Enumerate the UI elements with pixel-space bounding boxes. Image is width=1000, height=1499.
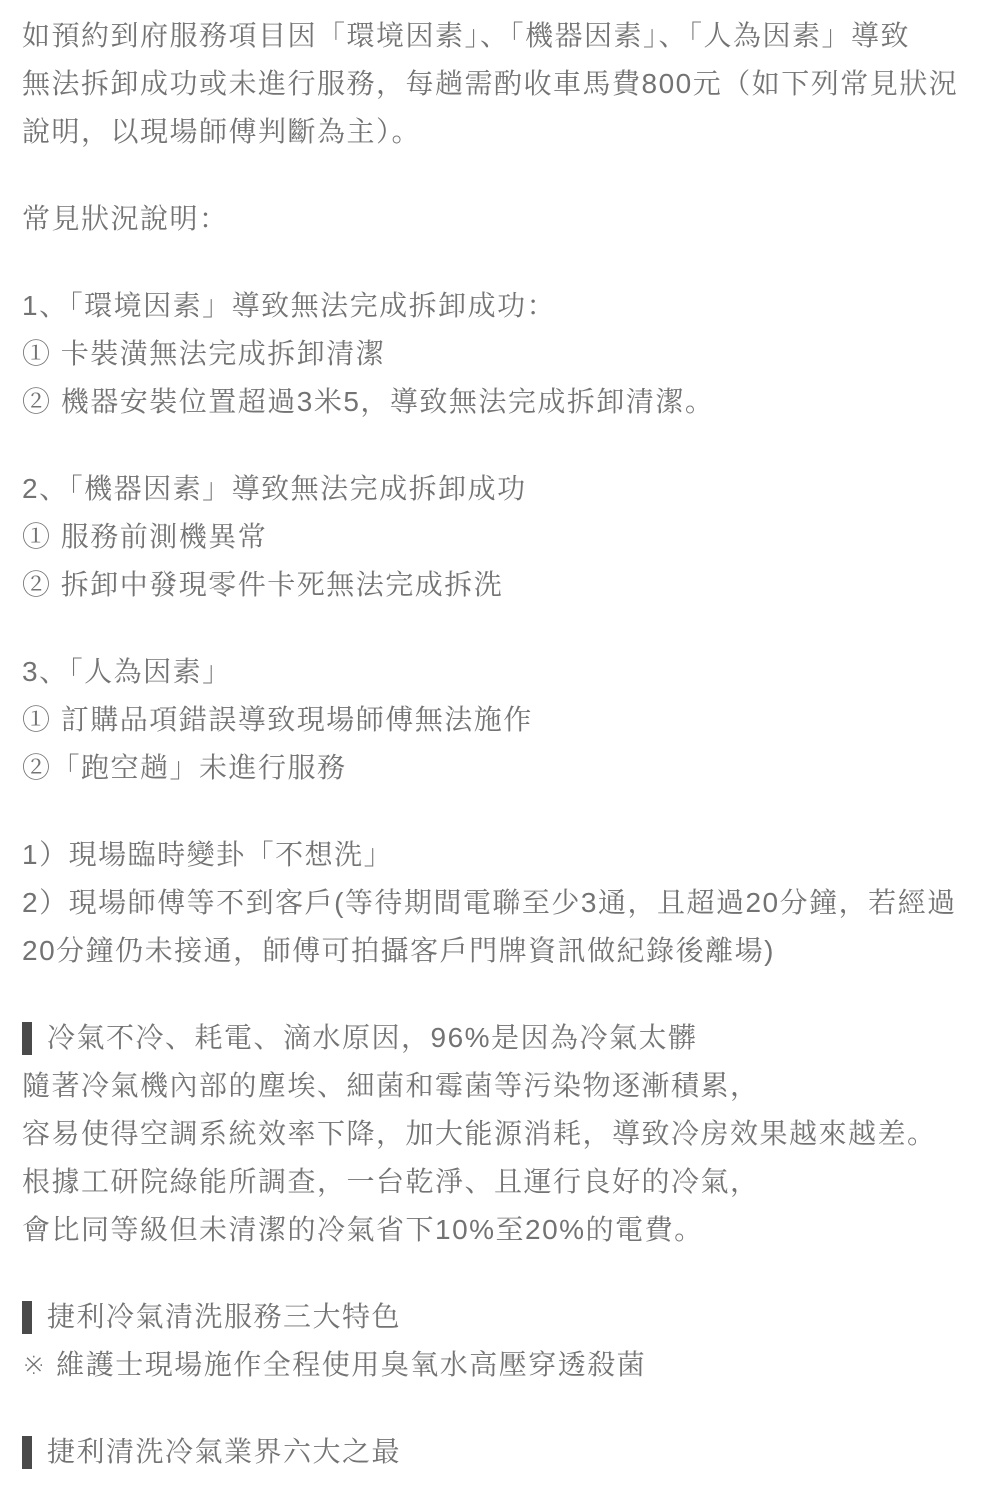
text-line: 容易使得空調系統效率下降，加大能源消耗，導致冷房效果越來越差。 [22,1110,978,1158]
text-line: 如預約到府服務項目因「環境因素」、「機器因素」、「人為因素」導致 [22,12,978,60]
situation-item: ② 機器安裝位置超過3米5，導致無法完成拆卸清潔。 [22,378,978,426]
situation-item: ② 拆卸中發現零件卡死無法完成拆洗 [22,561,978,609]
situation-human: 3、「人為因素」 ① 訂購品項錯誤導致現場師傅無法施作 ②「跑空趟」未進行服務 [22,648,978,792]
common-situations-label: 常見狀況說明： [22,195,978,243]
text-line: 隨著冷氣機內部的塵埃、細菌和霉菌等污染物逐漸積累， [22,1062,978,1110]
human-factor-notes: 1）現場臨時變卦「不想洗」 2）現場師傅等不到客戶(等待期間電聯至少3通，且超過… [22,831,978,975]
intro-paragraph: 如預約到府服務項目因「環境因素」、「機器因素」、「人為因素」導致 無法拆卸成功或… [22,12,978,156]
note-line: 1）現場臨時變卦「不想洗」 [22,831,978,879]
text-line: ※ 維護士現場施作全程使用臭氧水高壓穿透殺菌 [22,1341,978,1389]
situation-environment: 1、「環境因素」導致無法完成拆卸成功： ① 卡裝潢無法完成拆卸清潔 ② 機器安裝… [22,282,978,426]
situation-machine: 2、「機器因素」導致無法完成拆卸成功 ① 服務前測機異常 ② 拆卸中發現零件卡死… [22,465,978,609]
section-heading-row: 捷利清洗冷氣業界六大之最 [22,1428,978,1476]
section-heading: 捷利冷氣清洗服務三大特色 [47,1293,401,1341]
situation-title: 1、「環境因素」導致無法完成拆卸成功： [22,282,978,330]
service-features-section: 捷利冷氣清洗服務三大特色 ※ 維護士現場施作全程使用臭氧水高壓穿透殺菌 [22,1293,978,1389]
situation-item: ① 卡裝潢無法完成拆卸清潔 [22,330,978,378]
section-heading: 冷氣不冷、耗電、滴水原因，96%是因為冷氣太髒 [47,1014,698,1062]
situation-title: 3、「人為因素」 [22,648,978,696]
text-line: 說明，以現場師傅判斷為主）。 [22,108,978,156]
section-heading-row: 冷氣不冷、耗電、滴水原因，96%是因為冷氣太髒 [22,1014,978,1062]
text-line: 常見狀況說明： [22,195,978,243]
six-best-section: 捷利清洗冷氣業界六大之最 [22,1428,978,1476]
section-heading-row: 捷利冷氣清洗服務三大特色 [22,1293,978,1341]
dirty-ac-section: 冷氣不冷、耗電、滴水原因，96%是因為冷氣太髒 隨著冷氣機內部的塵埃、細菌和霉菌… [22,1014,978,1254]
section-heading: 捷利清洗冷氣業界六大之最 [47,1428,401,1476]
situation-title: 2、「機器因素」導致無法完成拆卸成功 [22,465,978,513]
note-line: 20分鐘仍未接通，師傅可拍攝客戶門牌資訊做紀錄後離場) [22,927,978,975]
section-bar-icon [22,1436,32,1469]
text-line: 根據工研院綠能所調查，一台乾淨、且運行良好的冷氣， [22,1158,978,1206]
text-line: 會比同等級但未清潔的冷氣省下10%至20%的電費。 [22,1206,978,1254]
text-line: 無法拆卸成功或未進行服務，每趟需酌收車馬費800元（如下列常見狀況 [22,60,978,108]
situation-item: ②「跑空趟」未進行服務 [22,744,978,792]
service-terms-document: 如預約到府服務項目因「環境因素」、「機器因素」、「人為因素」導致 無法拆卸成功或… [22,12,978,1476]
section-bar-icon [22,1022,32,1055]
note-line: 2）現場師傅等不到客戶(等待期間電聯至少3通，且超過20分鐘，若經過 [22,879,978,927]
situation-item: ① 訂購品項錯誤導致現場師傅無法施作 [22,696,978,744]
section-bar-icon [22,1301,32,1334]
situation-item: ① 服務前測機異常 [22,513,978,561]
